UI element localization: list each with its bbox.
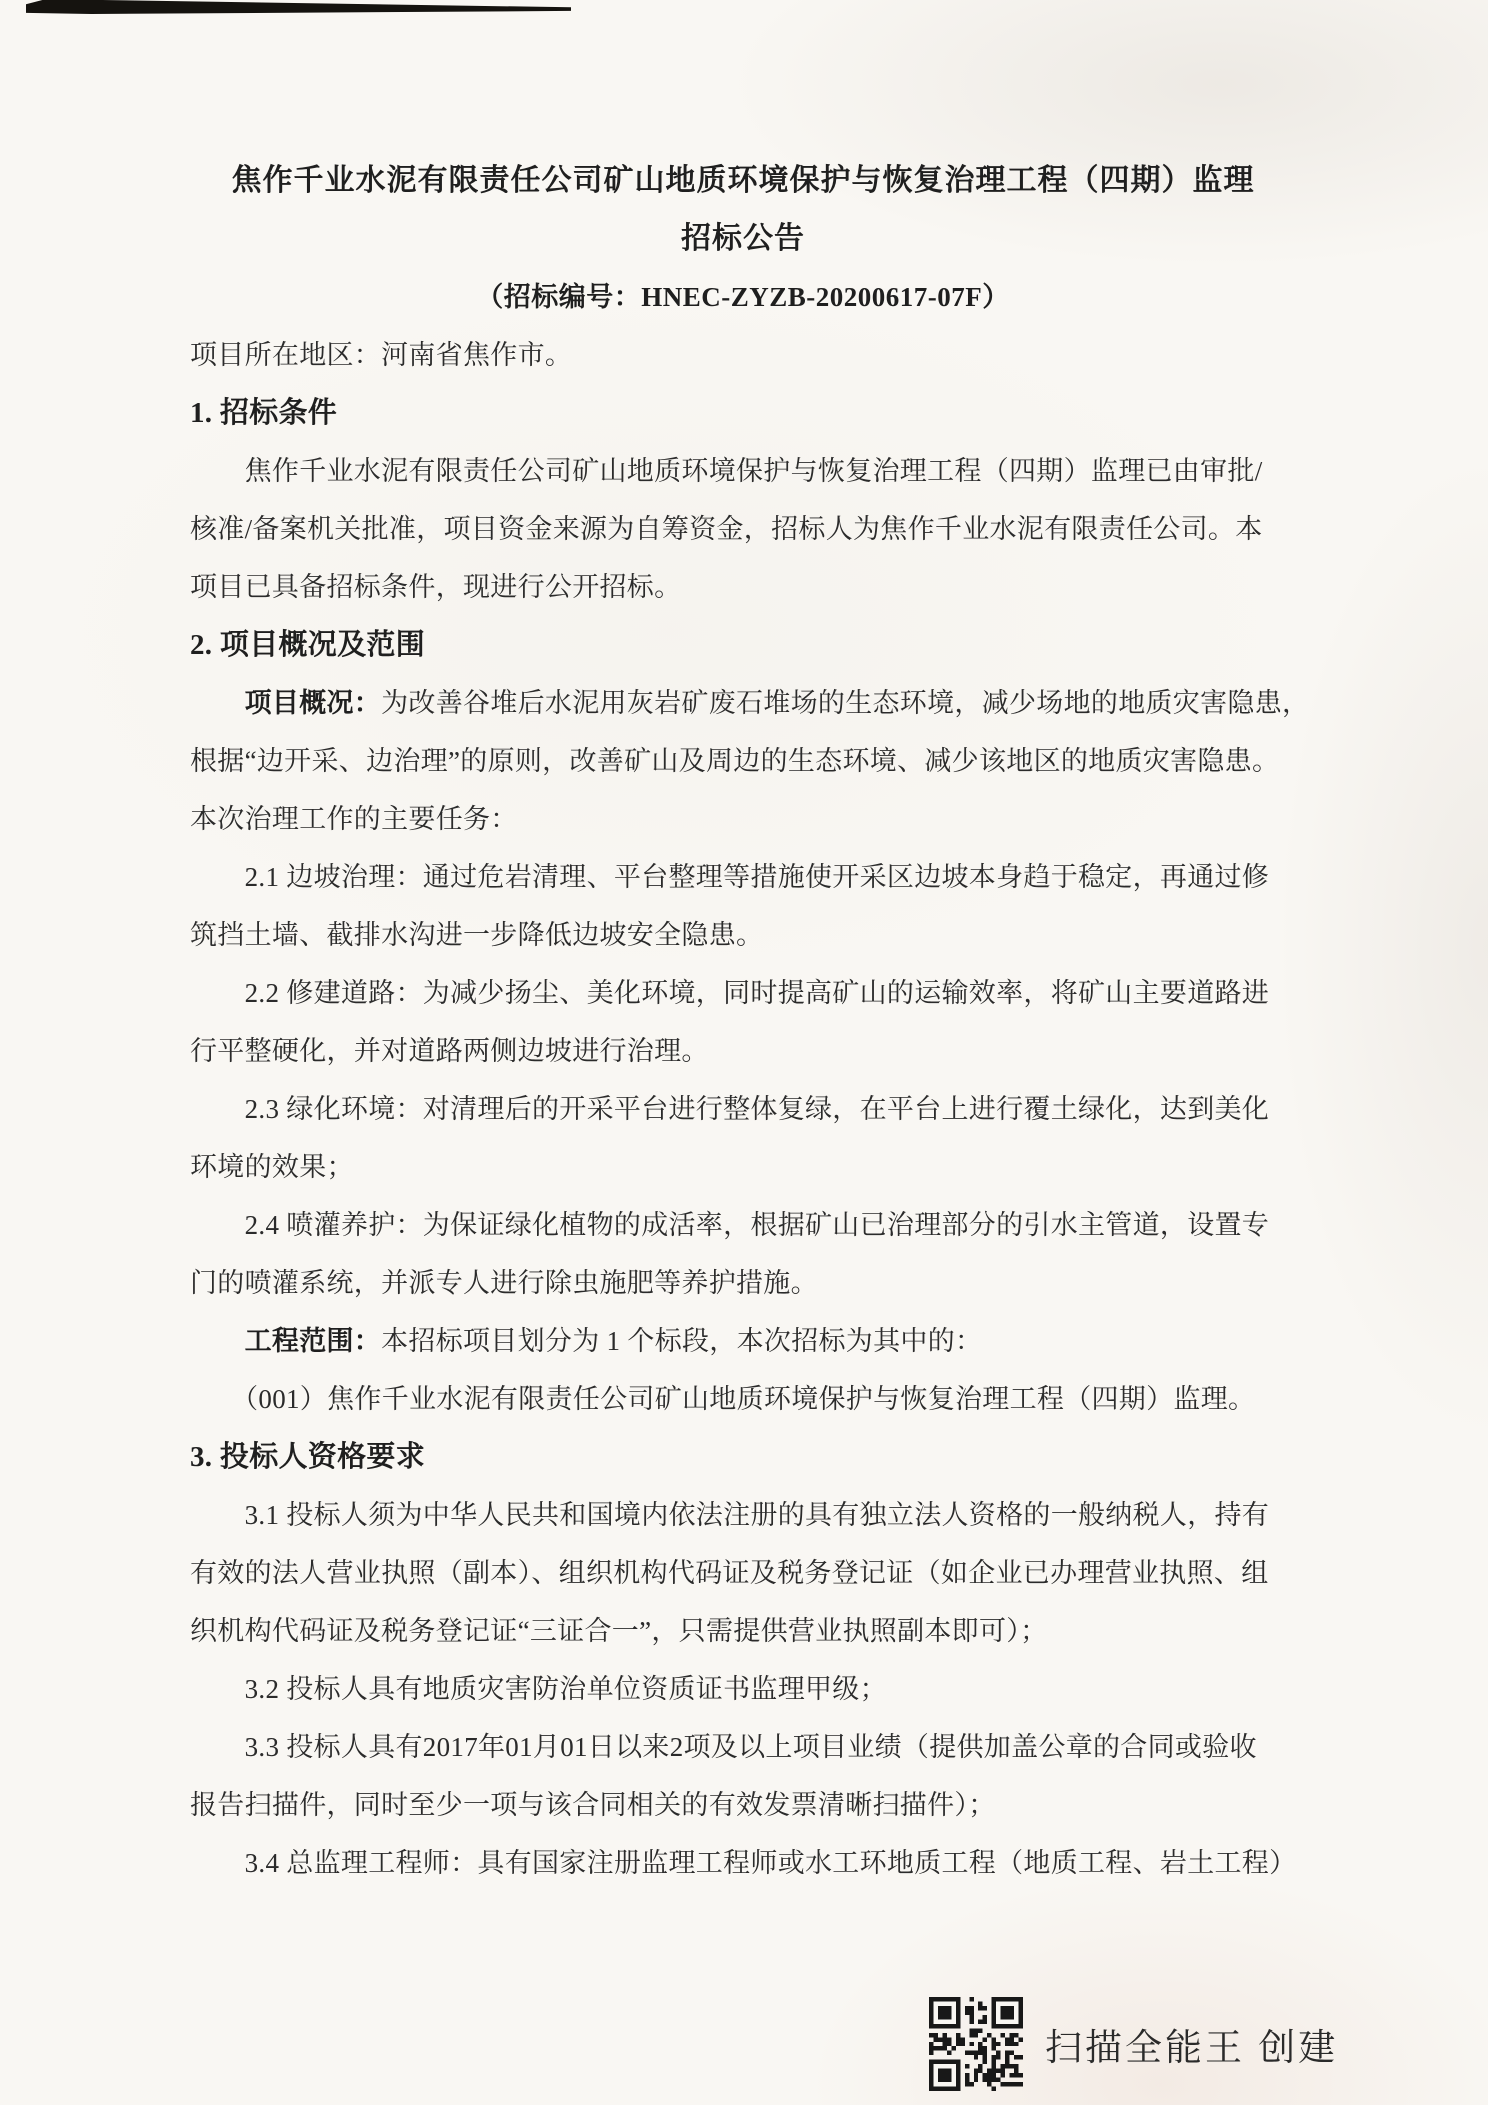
text-line: 2.3 绿化环境：对清理后的开采平台进行整体复绿，在平台上进行覆土绿化，达到美化 <box>190 1080 1296 1138</box>
text-line: 焦作千业水泥有限责任公司矿山地质环境保护与恢复治理工程（四期）监理 <box>190 152 1296 210</box>
task-2-2-road-construction: 2.2 修建道路：为减少扬尘、美化环境，同时提高矿山的运输效率，将矿山主要道路进… <box>190 964 1296 1080</box>
requirement-3-2: 3.2 投标人具有地质灾害防治单位资质证书监理甲级； <box>190 1660 1296 1718</box>
task-2-3-greening: 2.3 绿化环境：对清理后的开采平台进行整体复绿，在平台上进行覆土绿化，达到美化… <box>190 1080 1296 1196</box>
text-line: 2.1 边坡治理：通过危岩清理、平台整理等措施使开采区边坡本身趋于稳定，再通过修 <box>190 848 1296 906</box>
text-line: 2.4 喷灌养护：为保证绿化植物的成活率，根据矿山已治理部分的引水主管道，设置专 <box>190 1196 1296 1254</box>
text-line: 有效的法人营业执照（副本）、组织机构代码证及税务登记证（如企业已办理营业执照、组 <box>190 1544 1296 1602</box>
text-line: 3.4 总监理工程师：具有国家注册监理工程师或水工环地质工程（地质工程、岩土工程… <box>190 1834 1296 1892</box>
requirement-3-1: 3.1 投标人须为中华人民共和国境内依法注册的具有独立法人资格的一般纳税人，持有… <box>190 1486 1296 1660</box>
text-line: 2.2 修建道路：为减少扬尘、美化环境，同时提高矿山的运输效率，将矿山主要道路进 <box>190 964 1296 1022</box>
text-line: （招标编号：HNEC-ZYZB-20200617-07F） <box>190 268 1296 326</box>
text-line: 招标公告 <box>190 210 1296 268</box>
text-line: 织机构代码证及税务登记证“三证合一”，只需提供营业执照副本即可）； <box>190 1602 1296 1660</box>
text-line: 核准/备案机关批准，项目资金来源为自筹资金，招标人为焦作千业水泥有限责任公司。本 <box>190 500 1296 558</box>
text-line: 2. 项目概况及范围 <box>190 616 1296 674</box>
text-line: 根据“边开采、边治理”的原则，改善矿山及周边的生态环境、减少该地区的地质灾害隐患… <box>190 732 1296 790</box>
text-line: 项目已具备招标条件，现进行公开招标。 <box>190 558 1296 616</box>
text-line: 3.2 投标人具有地质灾害防治单位资质证书监理甲级； <box>190 1660 1296 1718</box>
watermark-text: 扫描全能王 创建 <box>1045 2017 1338 2071</box>
section-1-body: 焦作千业水泥有限责任公司矿山地质环境保护与恢复治理工程（四期）监理已由审批/核准… <box>190 442 1296 616</box>
text-line: 本次治理工作的主要任务： <box>190 790 1296 848</box>
camscanner-watermark: 扫描全能王 创建 <box>929 1997 1338 2091</box>
requirement-3-3: 3.3 投标人具有2017年01月01日以来2项及以上项目业绩（提供加盖公章的合… <box>190 1718 1296 1834</box>
scanned-document-page: 焦作千业水泥有限责任公司矿山地质环境保护与恢复治理工程（四期）监理招标公告（招标… <box>0 0 1488 2105</box>
qr-code-icon <box>929 1997 1023 2091</box>
text-line: 项目概况：为改善谷堆后水泥用灰岩矿废石堆场的生态环境，减少场地的地质灾害隐患， <box>190 674 1296 732</box>
text-line: 3.1 投标人须为中华人民共和国境内依法注册的具有独立法人资格的一般纳税人，持有 <box>190 1486 1296 1544</box>
text-line: 项目所在地区：河南省焦作市。 <box>190 326 1296 384</box>
text-line: 3. 投标人资格要求 <box>190 1428 1296 1486</box>
task-2-1-slope-treatment: 2.1 边坡治理：通过危岩清理、平台整理等措施使开采区边坡本身趋于稳定，再通过修… <box>190 848 1296 964</box>
section-2-heading: 2. 项目概况及范围 <box>190 616 1296 674</box>
text-line: 筑挡土墙、截排水沟进一步降低边坡安全隐患。 <box>190 906 1296 964</box>
text-line: 3.3 投标人具有2017年01月01日以来2项及以上项目业绩（提供加盖公章的合… <box>190 1718 1296 1776</box>
text-line: 环境的效果； <box>190 1138 1296 1196</box>
section-3-heading: 3. 投标人资格要求 <box>190 1428 1296 1486</box>
requirement-3-4: 3.4 总监理工程师：具有国家注册监理工程师或水工环地质工程（地质工程、岩土工程… <box>190 1834 1296 1892</box>
task-2-4-irrigation: 2.4 喷灌养护：为保证绿化植物的成活率，根据矿山已治理部分的引水主管道，设置专… <box>190 1196 1296 1312</box>
text-line: 焦作千业水泥有限责任公司矿山地质环境保护与恢复治理工程（四期）监理已由审批/ <box>190 442 1296 500</box>
text-line: 门的喷灌系统，并派专人进行除虫施肥等养护措施。 <box>190 1254 1296 1312</box>
scan-edge-artifact <box>26 0 571 14</box>
document-body: 焦作千业水泥有限责任公司矿山地质环境保护与恢复治理工程（四期）监理招标公告（招标… <box>190 152 1296 1892</box>
text-line: 1. 招标条件 <box>190 384 1296 442</box>
section-1-heading: 1. 招标条件 <box>190 384 1296 442</box>
text-line: 工程范围：本招标项目划分为 1 个标段，本次招标为其中的： <box>190 1312 1296 1370</box>
document-title: 焦作千业水泥有限责任公司矿山地质环境保护与恢复治理工程（四期）监理招标公告 <box>190 152 1296 268</box>
project-location: 项目所在地区：河南省焦作市。 <box>190 326 1296 384</box>
text-line: （001）焦作千业水泥有限责任公司矿山地质环境保护与恢复治理工程（四期）监理。 <box>190 1370 1296 1428</box>
project-overview: 项目概况：为改善谷堆后水泥用灰岩矿废石堆场的生态环境，减少场地的地质灾害隐患，根… <box>190 674 1296 848</box>
bid-section-001: （001）焦作千业水泥有限责任公司矿山地质环境保护与恢复治理工程（四期）监理。 <box>190 1370 1296 1428</box>
project-scope: 工程范围：本招标项目划分为 1 个标段，本次招标为其中的： <box>190 1312 1296 1370</box>
text-line: 行平整硬化，并对道路两侧边坡进行治理。 <box>190 1022 1296 1080</box>
tender-number: （招标编号：HNEC-ZYZB-20200617-07F） <box>190 268 1296 326</box>
text-line: 报告扫描件，同时至少一项与该合同相关的有效发票清晰扫描件）； <box>190 1776 1296 1834</box>
